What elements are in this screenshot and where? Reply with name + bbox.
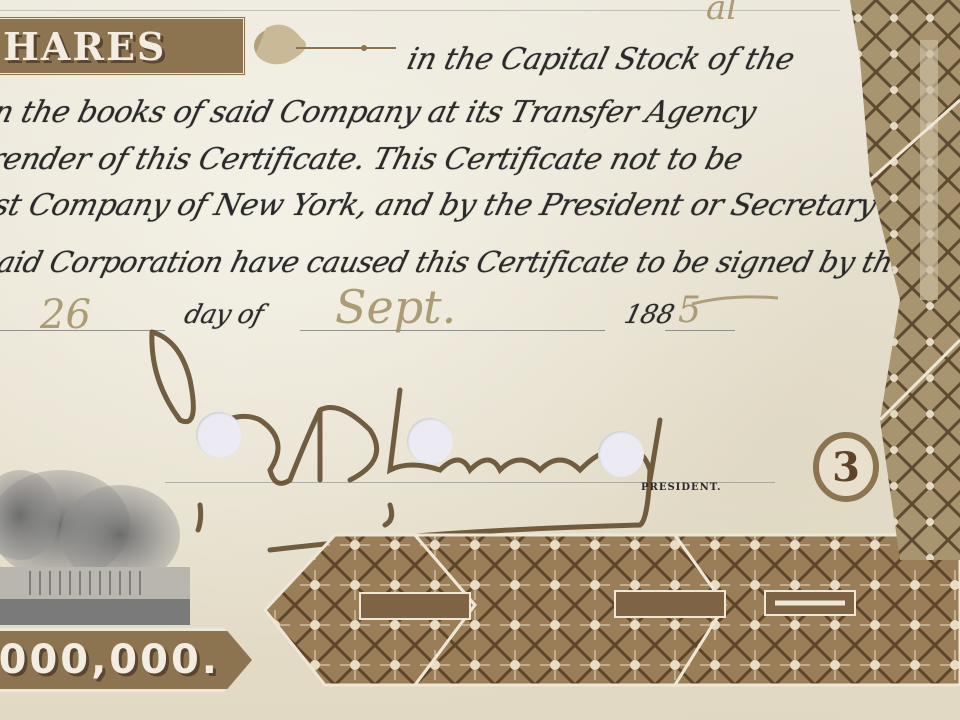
cancellation-punch-hole bbox=[598, 431, 644, 477]
cancellation-punch-hole bbox=[407, 418, 453, 464]
shares-label: HARES bbox=[3, 24, 166, 69]
numeral-medallion: 3 bbox=[810, 425, 890, 505]
text-line-3: render of this Certificate. This Certifi… bbox=[0, 142, 746, 177]
text-line-5: aid Corporation have caused this Certifi… bbox=[0, 245, 935, 279]
text-line-1: in the Capital Stock of the bbox=[404, 42, 798, 77]
year-flourish-stroke bbox=[690, 292, 780, 312]
shares-banner: HARES bbox=[0, 16, 246, 76]
capital-amount: 000,000. bbox=[0, 637, 220, 683]
handwritten-top-fragment: al bbox=[706, 0, 737, 28]
cancellation-punch-hole bbox=[196, 412, 242, 458]
text-line-4: st Company of New York, and by the Presi… bbox=[0, 188, 880, 223]
leaf-flourish-ornament bbox=[246, 18, 406, 78]
capital-amount-banner: 000,000. bbox=[0, 628, 252, 692]
text-line-2: n the books of said Company at its Trans… bbox=[0, 95, 759, 130]
president-title-label: PRESIDENT. bbox=[641, 482, 721, 493]
engraved-vignette-landscape bbox=[0, 455, 190, 625]
handwritten-day: 26 bbox=[40, 292, 91, 338]
medallion-numeral: 3 bbox=[832, 444, 860, 491]
